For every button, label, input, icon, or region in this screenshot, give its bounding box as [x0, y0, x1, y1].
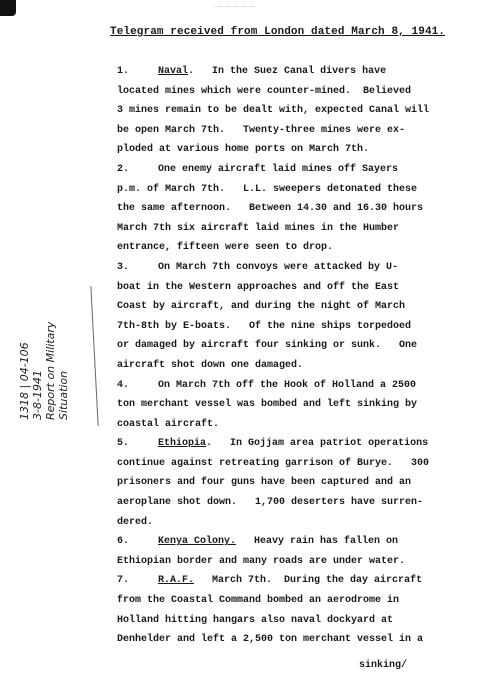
paragraph-number: 7. [117, 571, 158, 591]
text-line: One enemy aircraft laid mines off Sayers [158, 164, 398, 175]
text-line: In Gojjam area patriot operations [230, 438, 428, 449]
paragraph-5-line: 5.Ethiopia. In Gojjam area patriot opera… [117, 434, 497, 454]
text-line: be open March 7th. Twenty-three mines we… [117, 121, 497, 141]
section-heading: Kenya Colony. [158, 536, 236, 547]
text-line: 3 mines remain to be dealt with, expecte… [117, 101, 497, 121]
paragraph-4-line: 4.On March 7th off the Hook of Holland a… [117, 376, 497, 396]
margin-note-line: Report on Military [44, 280, 57, 420]
text-line: prisoners and four guns have been captur… [117, 473, 497, 493]
paragraph-number: 2. [117, 160, 158, 180]
handwritten-margin-note: 1318 | 04-106 3-8-1941 Report on Militar… [18, 280, 70, 420]
margin-note-line: Situation [57, 280, 70, 420]
text-line: In the Suez Canal divers have [212, 66, 386, 77]
section-heading: R.A.F. [158, 575, 194, 586]
scan-corner-mark [0, 0, 16, 16]
text-line: March 7th six aircraft laid mines in the… [117, 219, 497, 239]
text-line: 7th-8th by E-boats. Of the nine ships to… [117, 317, 497, 337]
paragraph-number: 6. [117, 532, 158, 552]
paragraph-6-line: 6.Kenya Colony. Heavy rain has fallen on [117, 532, 497, 552]
text-line: Heavy rain has fallen on [254, 536, 398, 547]
paragraph-number: 1. [117, 62, 158, 82]
text-line: March 7th. During the day aircraft [212, 575, 422, 586]
text-line: the same afternoon. Between 14.30 and 16… [117, 199, 497, 219]
paragraph-number: 4. [117, 376, 158, 396]
text-line: p.m. of March 7th. L.L. sweepers detonat… [117, 180, 497, 200]
document-body: 1.Naval. In the Suez Canal divers have l… [117, 62, 497, 675]
text-line: On March 7th off the Hook of Holland a 2… [158, 380, 416, 391]
text-line: Coast by aircraft, and during the night … [117, 297, 497, 317]
paragraph-number: 5. [117, 434, 158, 454]
text-line: ton merchant vessel was bombed and left … [117, 395, 497, 415]
text-line: dered. [117, 513, 497, 533]
paragraph-2-line: 2.One enemy aircraft laid mines off Saye… [117, 160, 497, 180]
paragraph-1-line: 1.Naval. In the Suez Canal divers have [117, 62, 497, 82]
text-line: Holland hitting hangars also naval docky… [117, 611, 497, 631]
paragraph-3-line: 3.On March 7th convoys were attacked by … [117, 258, 497, 278]
text-line: Ethiopian border and many roads are unde… [117, 552, 497, 572]
paragraph-7-line: 7.R.A.F. March 7th. During the day aircr… [117, 571, 497, 591]
section-heading: Ethiopia [158, 438, 206, 449]
text-line: or damaged by aircraft four sinking or s… [117, 336, 497, 356]
continuation-marker: sinking/ [117, 656, 497, 676]
paragraph-number: 3. [117, 258, 158, 278]
text-line: ploded at various home ports on March 7t… [117, 140, 497, 160]
text-line: boat in the Western approaches and off t… [117, 278, 497, 298]
document-title: Telegram received from London dated Marc… [110, 26, 445, 38]
text-line: entrance, fifteen were seen to drop. [117, 238, 497, 258]
text-line: Denhelder and left a 2,500 ton merchant … [117, 630, 497, 650]
text-line: coastal aircraft. [117, 415, 497, 435]
faint-stamp [215, 0, 255, 7]
margin-note-line: 3-8-1941 [31, 280, 44, 420]
text-line: from the Coastal Command bombed an aerod… [117, 591, 497, 611]
section-heading: Naval [158, 66, 188, 77]
text-line: On March 7th convoys were attacked by U- [158, 262, 398, 273]
text-line: aircraft shot down one damaged. [117, 356, 497, 376]
margin-rule [90, 286, 98, 426]
text-line: located mines which were counter-mined. … [117, 82, 497, 102]
text-line: continue against retreating garrison of … [117, 454, 497, 474]
margin-note-line: 1318 | 04-106 [18, 280, 31, 420]
text-line: aeroplane shot down. 1,700 deserters hav… [117, 493, 497, 513]
